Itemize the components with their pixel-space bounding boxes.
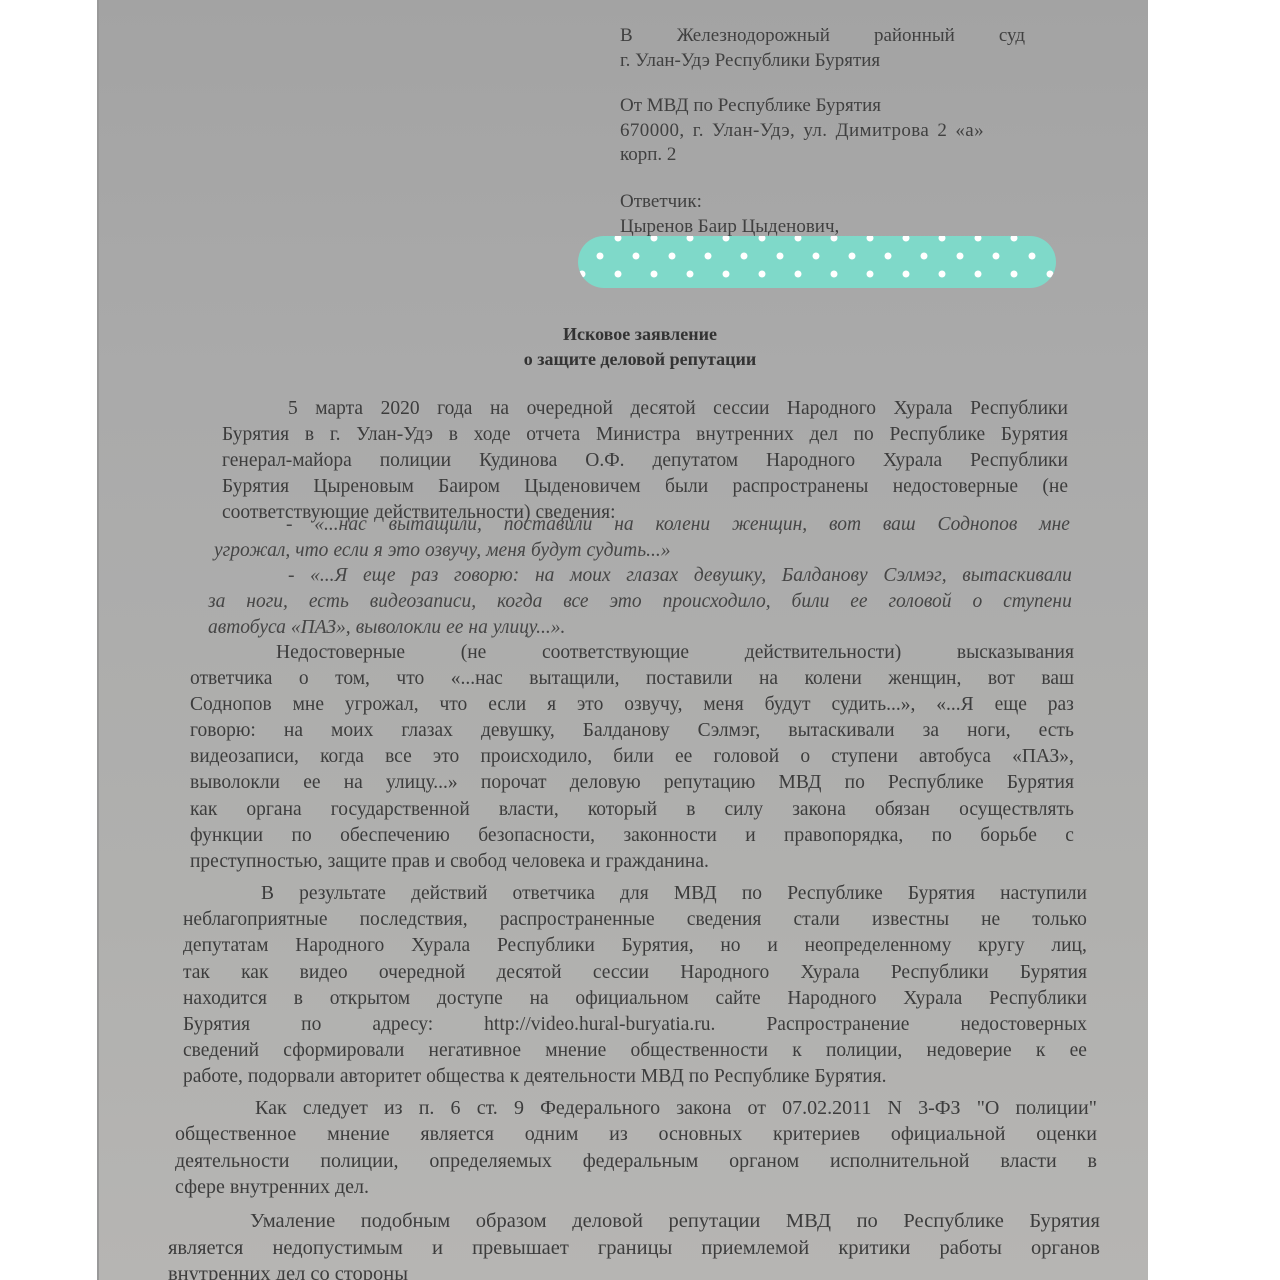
text-line: внутреннихделсостороны [168, 1261, 1100, 1280]
plaintiff-name: От МВД по Республике Бурятия [620, 94, 1025, 119]
text-line: Какследуетизп.6ст.9Федеральногозаконаот0… [175, 1095, 1097, 1121]
text-line: являетсянедопустимымипревышаетграницыпри… [168, 1235, 1100, 1262]
text-line: функциипообеспечениюбезопасности,законно… [190, 823, 1074, 849]
text-line: Содноповмнеугрожал,чтоеслияэтоозвучу,мен… [190, 692, 1074, 718]
text-line: говорю:намоихглазахдевушку,БалдановуСэлм… [190, 718, 1074, 744]
text-line: ВрезультатедействийответчикадляМВДпоРесп… [183, 881, 1087, 907]
text-line: депутатамНародногоХуралаРеспубликиБуряти… [183, 933, 1087, 959]
text-line: -«...насвытащили,поставилинаколениженщин… [214, 512, 1070, 538]
addressee-line-2: г. Улан-Удэ Республики Бурятия [620, 49, 1025, 74]
text-line: БурятияЦыреновымБаиромЦыденовичембылирас… [222, 474, 1068, 500]
text-line: неблагоприятныепоследствия,распространен… [183, 907, 1087, 933]
text-line: -«...Яещеразговорю:намоихглазахдевушку,Б… [208, 563, 1072, 589]
text-line: ответчикаотом,что«...насвытащили,постави… [190, 666, 1074, 692]
text-line: генерал-майораполицииКудиноваО.Ф.депутат… [222, 448, 1068, 474]
text-line: какорганагосударственнойвласти,которыйвс… [190, 797, 1074, 823]
text-line: сведенийсформировалинегативноемнениеобще… [183, 1038, 1087, 1064]
text-line: преступностью,защитеправисвободчеловекаи… [190, 849, 1074, 875]
title-line-2: о защите деловой репутации [380, 347, 900, 372]
plaintiff-block: От МВД по Республике Бурятия 670000, г. … [620, 94, 1025, 168]
text-line: сферевнутреннихдел. [175, 1174, 1097, 1200]
paragraph-5: УмалениеподобнымобразомделовойрепутацииМ… [168, 1208, 1100, 1280]
redaction-overlay [578, 236, 1056, 288]
addressee-block: ВЖелезнодорожныйрайонныйсуд г. Улан-Удэ … [620, 24, 1025, 73]
text-line: работе,подорвалиавторитетобществакдеятел… [183, 1064, 1087, 1090]
quote-2: -«...Яещеразговорю:намоихглазахдевушку,Б… [208, 563, 1072, 641]
text-line: автобуса«ПАЗ»,выволоклиеенаулицу...». [208, 615, 1072, 641]
text-line: Бурятиявг.Улан-УдэвходеотчетаМинистравну… [222, 422, 1068, 448]
respondent-label: Ответчик: [620, 190, 1025, 215]
text-line: выволоклиеенаулицу...»порочатделовуюрепу… [190, 770, 1074, 796]
text-line: 5марта2020годанаочереднойдесятойсессииНа… [222, 396, 1068, 422]
text-line: находитсявоткрытомдоступенаофициальномса… [183, 986, 1087, 1012]
text-line: заноги,естьвидеозаписи,когдавсеэтопроисх… [208, 589, 1072, 615]
text-line: угрожал,чтоеслияэтоозвучу,менябудутсудит… [214, 538, 1070, 564]
addressee-line-1: ВЖелезнодорожныйрайонныйсуд [620, 24, 1025, 49]
quote-1: -«...насвытащили,поставилинаколениженщин… [214, 512, 1070, 564]
document-title: Исковое заявление о защите деловой репут… [380, 322, 900, 372]
text-line: видеозаписи,когдавсеэтопроисходило,билие… [190, 744, 1074, 770]
text-line: деятельностиполиции,определяемыхфедераль… [175, 1148, 1097, 1174]
paragraph-4: Какследуетизп.6ст.9Федеральногозаконаот0… [175, 1095, 1097, 1201]
text-line: общественноемнениеявляетсяоднимизосновны… [175, 1121, 1097, 1147]
title-line-1: Исковое заявление [380, 322, 900, 347]
text-line: Недостоверные(несоответствующиедействите… [190, 640, 1074, 666]
plaintiff-building: корп. 2 [620, 143, 1025, 168]
text-line: Бурятияпоадресу:http://video.hural-burya… [183, 1012, 1087, 1038]
paragraph-3: ВрезультатедействийответчикадляМВДпоРесп… [183, 881, 1087, 1091]
paragraph-1: 5марта2020годанаочереднойдесятойсессииНа… [222, 396, 1068, 526]
text-line: УмалениеподобнымобразомделовойрепутацииМ… [168, 1208, 1100, 1235]
text-line: таккаквидеоочереднойдесятойсессииНародно… [183, 960, 1087, 986]
plaintiff-address: 670000, г. Улан-Удэ, ул. Димитрова 2 «а» [620, 119, 1025, 144]
paragraph-2: Недостоверные(несоответствующиедействите… [190, 640, 1074, 875]
